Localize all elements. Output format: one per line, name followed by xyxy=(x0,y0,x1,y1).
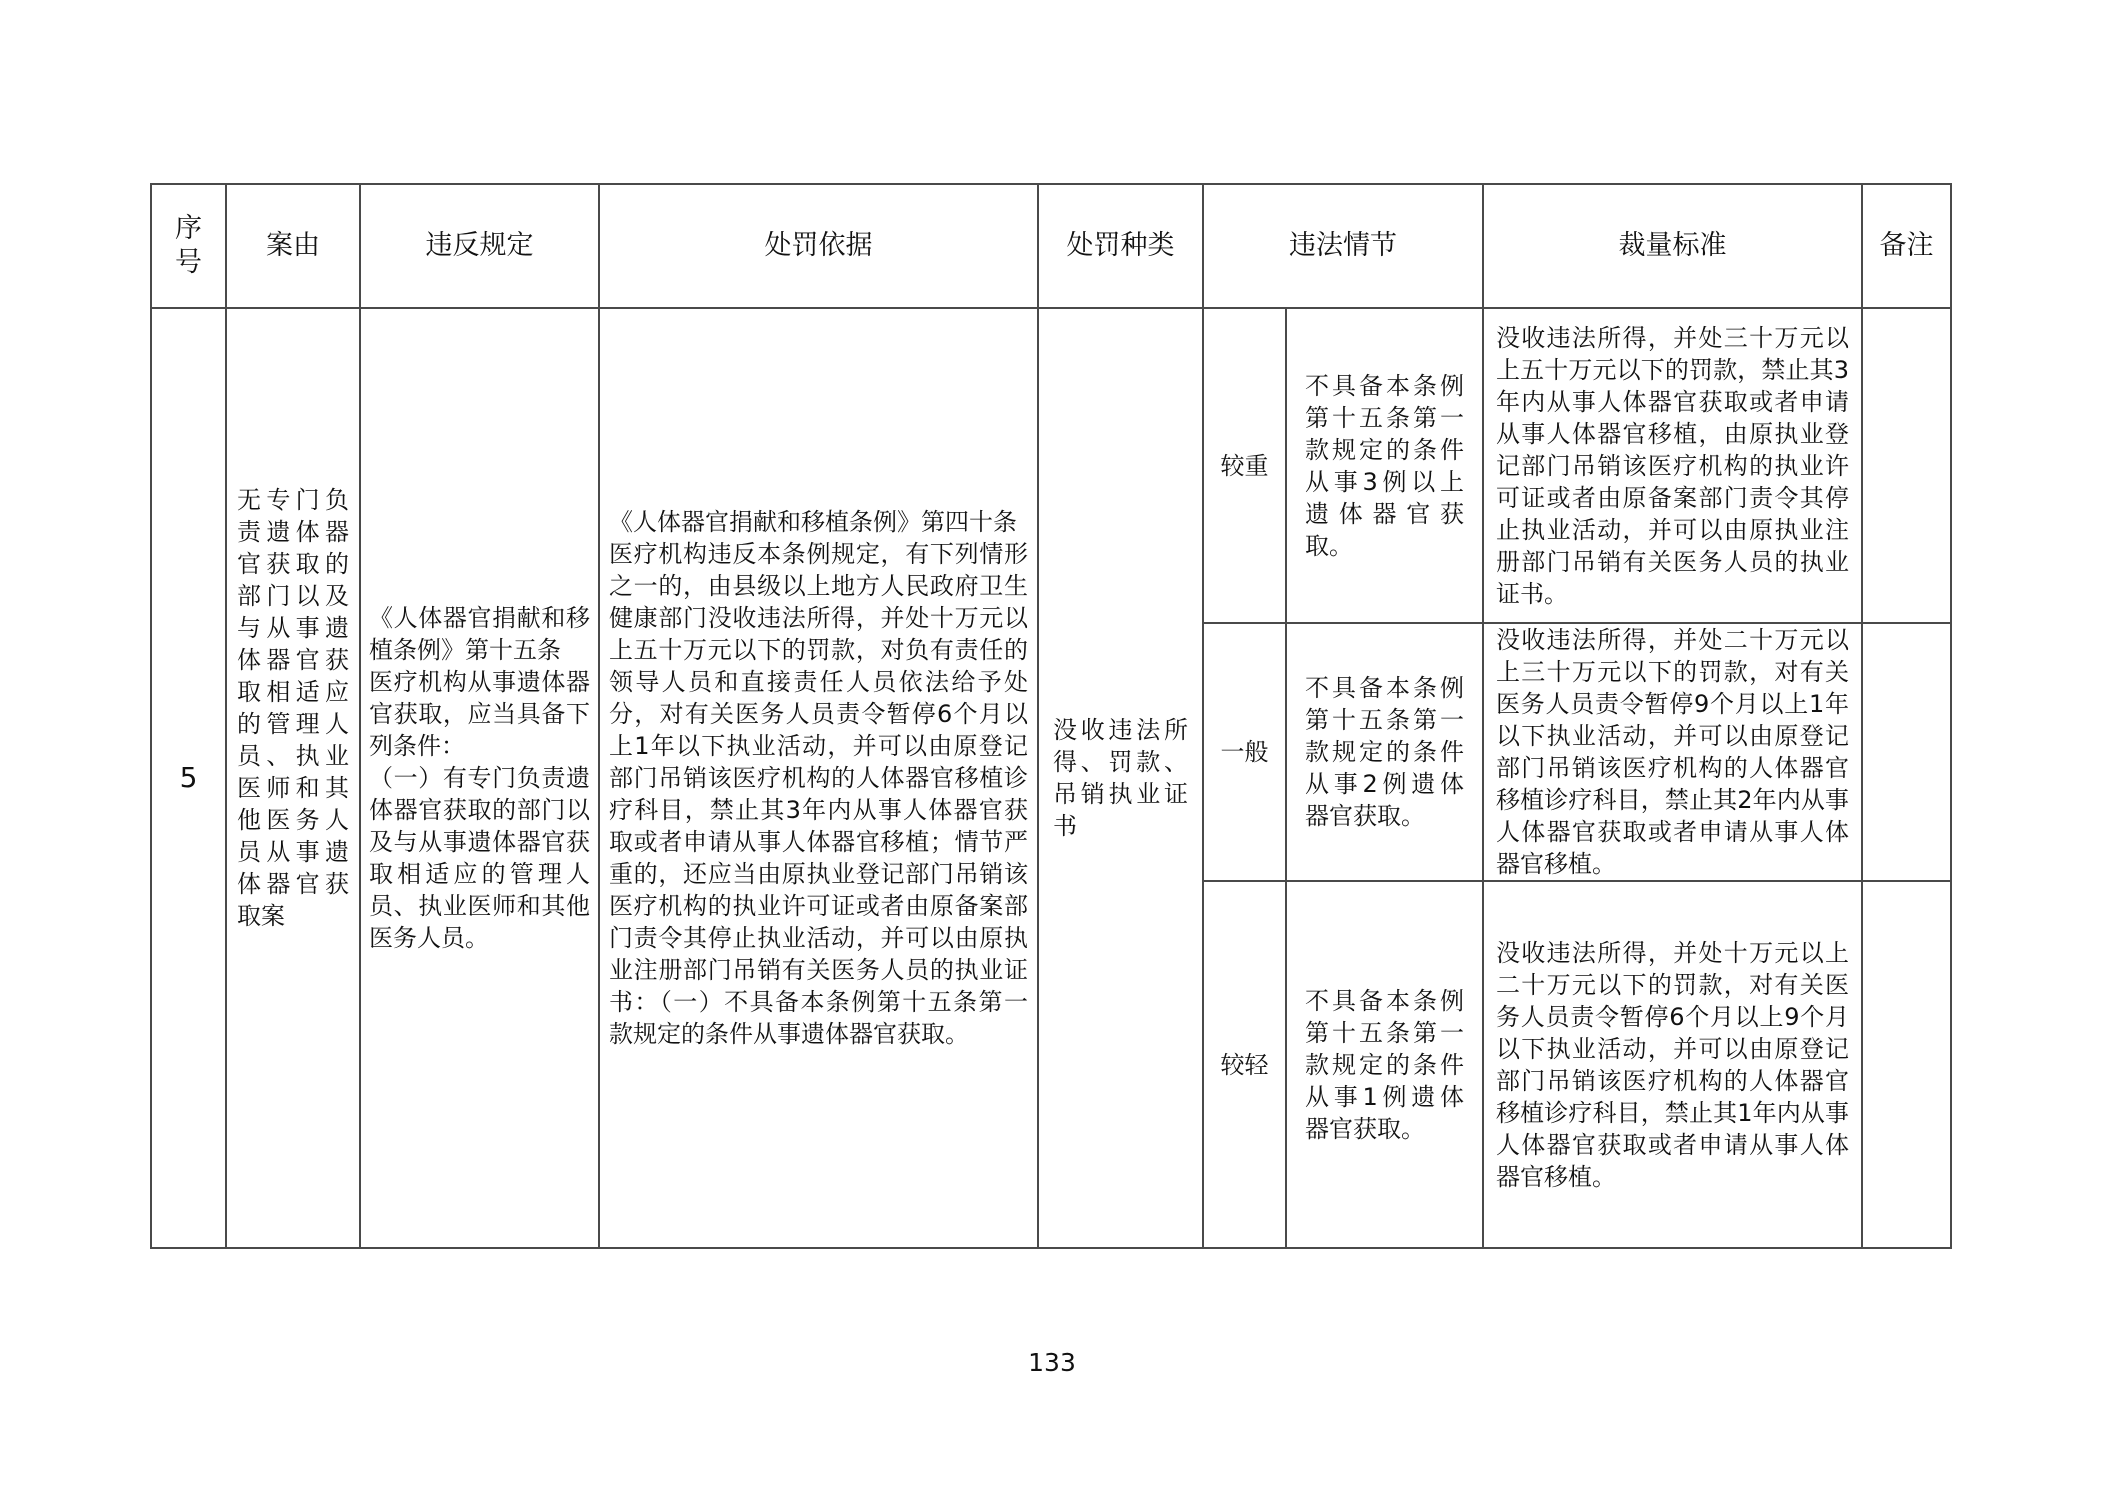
cell-remark-general xyxy=(1862,623,1951,881)
col-header-circumstance: 违法情节 xyxy=(1203,184,1483,308)
col-header-basis: 处罚依据 xyxy=(599,184,1038,308)
cell-severity-minor: 较轻 xyxy=(1203,881,1286,1248)
cell-seq: 5 xyxy=(151,308,226,1248)
cell-circumstance-minor: 不具备本条例第十五条第一款规定的条件从事1例遗体器官获取。 xyxy=(1286,881,1483,1248)
penalty-standards-table: 序 号 案由 违反规定 处罚依据 处罚种类 违法情节 裁量标准 备注 5 无专门… xyxy=(150,183,1952,1249)
col-header-cause: 案由 xyxy=(226,184,360,308)
cell-circumstance-severe: 不具备本条例第十五条第一款规定的条件从事3例以上遗体器官获取。 xyxy=(1286,308,1483,623)
cell-standard-severe: 没收违法所得，并处三十万元以上五十万元以下的罚款，禁止其3年内从事人体器官获取或… xyxy=(1483,308,1862,623)
cell-violation: 《人体器官捐献和移植条例》第十五条 医疗机构从事遗体器官获取，应当具备下列条件：… xyxy=(360,308,599,1248)
cell-penalty-types: 没收违法所得、罚款、吊销执业证书 xyxy=(1038,308,1203,1248)
col-header-standard: 裁量标准 xyxy=(1483,184,1862,308)
page-number: 133 xyxy=(0,1348,2104,1377)
table-row-severe: 5 无专门负责遗体器官获取的部门以及与从事遗体器官获取相适应的管理人员、执业医师… xyxy=(151,308,1951,623)
cell-severity-general: 一般 xyxy=(1203,623,1286,881)
table-header-row: 序 号 案由 违反规定 处罚依据 处罚种类 违法情节 裁量标准 备注 xyxy=(151,184,1951,308)
col-header-violation: 违反规定 xyxy=(360,184,599,308)
col-header-seq: 序 号 xyxy=(151,184,226,308)
cell-standard-general: 没收违法所得，并处二十万元以上三十万元以下的罚款，对有关医务人员责令暂停9个月以… xyxy=(1483,623,1862,881)
col-header-types: 处罚种类 xyxy=(1038,184,1203,308)
cell-basis: 《人体器官捐献和移植条例》第四十条 医疗机构违反本条例规定，有下列情形之一的，由… xyxy=(599,308,1038,1248)
cell-remark-severe xyxy=(1862,308,1951,623)
col-header-remark: 备注 xyxy=(1862,184,1951,308)
cell-cause: 无专门负责遗体器官获取的部门以及与从事遗体器官获取相适应的管理人员、执业医师和其… xyxy=(226,308,360,1248)
cell-standard-minor: 没收违法所得，并处十万元以上二十万元以下的罚款，对有关医务人员责令暂停6个月以上… xyxy=(1483,881,1862,1248)
cell-remark-minor xyxy=(1862,881,1951,1248)
cell-circumstance-general: 不具备本条例第十五条第一款规定的条件从事2例遗体器官获取。 xyxy=(1286,623,1483,881)
cell-severity-severe: 较重 xyxy=(1203,308,1286,623)
